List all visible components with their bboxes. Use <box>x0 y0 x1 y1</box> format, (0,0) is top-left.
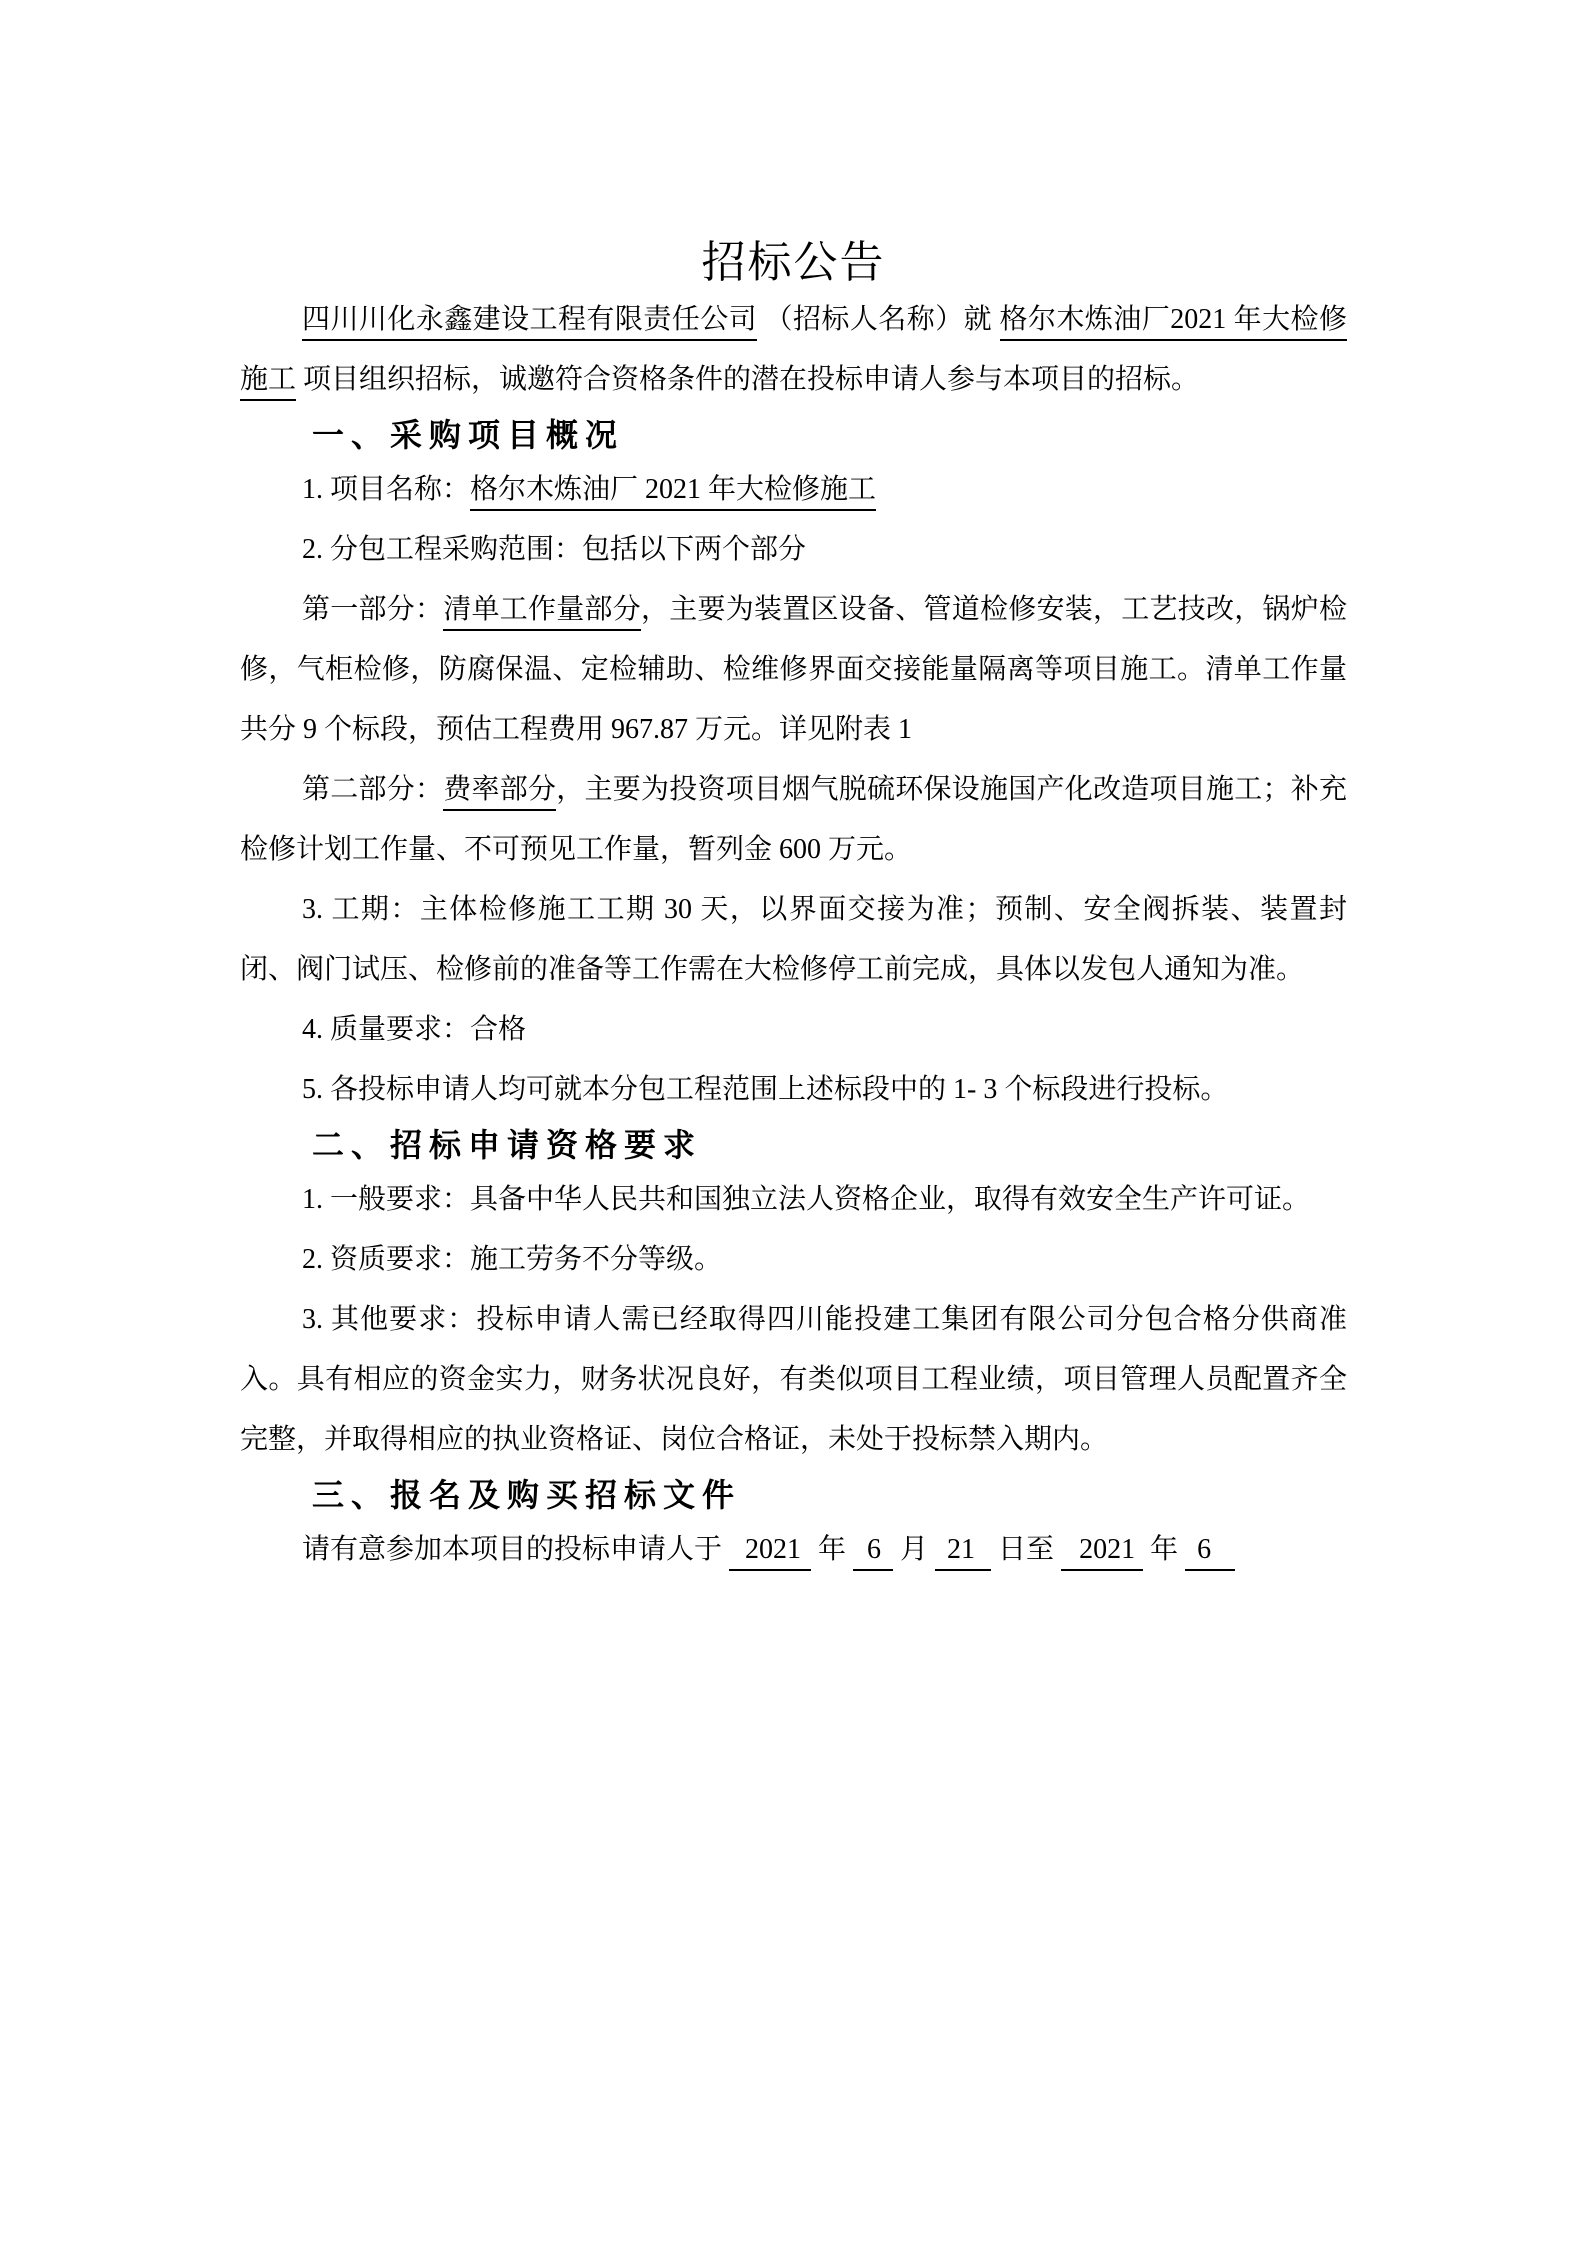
project-name-item: 1. 项目名称：格尔木炼油厂 2021 年大检修施工 <box>240 460 1347 520</box>
bid-sections-item: 5. 各投标申请人均可就本分包工程范围上述标段中的 1- 3 个标段进行投标。 <box>240 1060 1347 1120</box>
section-3-heading: 三、报名及购买招标文件 <box>240 1470 1347 1520</box>
intro-paragraph: 四川川化永鑫建设工程有限责任公司 （招标人名称）就 格尔木炼油厂2021 年大检… <box>240 290 1347 410</box>
year-2-unit: 年 <box>1150 1534 1178 1565</box>
part-2-name-underlined: 费率部分 <box>443 774 556 811</box>
qualification-requirement-item: 2. 资质要求：施工劳务不分等级。 <box>240 1230 1347 1290</box>
year-1-blank: 2021 <box>729 1534 811 1571</box>
day-1-unit: 日至 <box>998 1534 1054 1565</box>
year-2-blank: 2021 <box>1061 1534 1143 1571</box>
quality-requirement-item: 4. 质量要求：合格 <box>240 1000 1347 1060</box>
month-1-unit: 月 <box>900 1534 928 1565</box>
month-2-blank: 6 <box>1185 1534 1235 1571</box>
part-2-paragraph: 第二部分：费率部分，主要为投资项目烟气脱硫环保设施国产化改造项目施工；补充检修计… <box>240 760 1347 880</box>
intro-middle-text: （招标人名称）就 <box>757 304 999 335</box>
document-page: 招标公告 四川川化永鑫建设工程有限责任公司 （招标人名称）就 格尔木炼油厂202… <box>0 0 1587 2245</box>
document-title: 招标公告 <box>240 236 1347 290</box>
construction-period-item: 3. 工期：主体检修施工工期 30 天，以界面交接为准；预制、安全阀拆装、装置封… <box>240 880 1347 1000</box>
part-1-label: 第一部分： <box>302 594 443 625</box>
procurement-scope-item: 2. 分包工程采购范围：包括以下两个部分 <box>240 520 1347 580</box>
day-1-blank: 21 <box>935 1534 991 1571</box>
project-name-label: 1. 项目名称： <box>302 474 470 505</box>
other-requirement-item: 3. 其他要求：投标申请人需已经取得四川能投建工集团有限公司分包合格分供商准入。… <box>240 1290 1347 1470</box>
general-requirement-item: 1. 一般要求：具备中华人民共和国独立法人资格企业，取得有效安全生产许可证。 <box>240 1170 1347 1230</box>
intro-rest-text: 项目组织招标，诚邀符合资格条件的潜在投标申请人参与本项目的招标。 <box>296 364 1199 395</box>
part-1-name-underlined: 清单工作量部分 <box>443 594 641 631</box>
registration-prefix-text: 请有意参加本项目的投标申请人于 <box>302 1534 722 1565</box>
year-1-unit: 年 <box>818 1534 846 1565</box>
project-name-value-underlined: 格尔木炼油厂 2021 年大检修施工 <box>470 474 876 511</box>
section-2-heading: 二、招标申请资格要求 <box>240 1120 1347 1170</box>
part-1-paragraph: 第一部分：清单工作量部分，主要为装置区设备、管道检修安装，工艺技改，锅炉检修，气… <box>240 580 1347 760</box>
registration-date-paragraph: 请有意参加本项目的投标申请人于 2021 年 6 月 21 日至 2021 年 … <box>240 1520 1347 1580</box>
bidder-name-underlined: 四川川化永鑫建设工程有限责任公司 <box>302 304 757 341</box>
month-1-blank: 6 <box>853 1534 893 1571</box>
section-1-heading: 一、采购项目概况 <box>240 410 1347 460</box>
part-2-label: 第二部分： <box>302 774 443 805</box>
